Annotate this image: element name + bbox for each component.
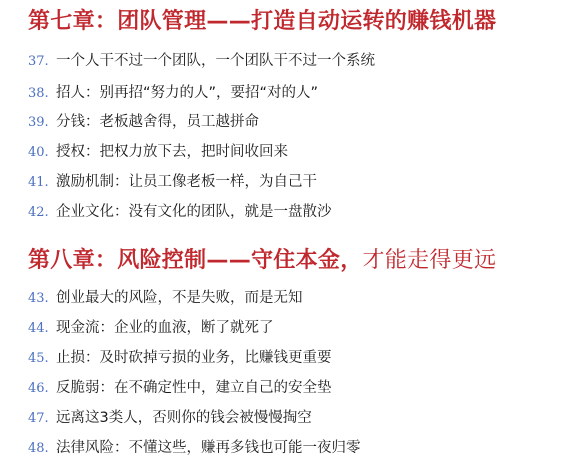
list-item: 37.一个人干不过一个团队，一个团队干不过一个系统 <box>28 50 375 72</box>
item-text: 激励机制：让员工像老板一样，为自己干 <box>56 171 317 193</box>
chapter-title: 第八章：风险控制——守住本金，才能走得更远 <box>28 247 496 275</box>
item-number: 41. <box>28 172 56 194</box>
item-text: 招人：别再招“努力的人”，要招“对的人” <box>56 82 318 104</box>
list-item: 39.分钱：老板越舍得，员工越拼命 <box>28 111 259 133</box>
item-number: 42. <box>28 202 56 224</box>
item-number: 46. <box>28 378 56 400</box>
item-text: 法律风险：不懂这些，赚再多钱也可能一夜归零 <box>56 437 361 459</box>
item-text: 企业文化：没有文化的团队，就是一盘散沙 <box>56 201 332 223</box>
list-item: 47.远离这3类人，否则你的钱会被慢慢掏空 <box>28 407 312 429</box>
item-text: 现金流：企业的血液，断了就死了 <box>56 317 274 339</box>
list-item: 42.企业文化：没有文化的团队，就是一盘散沙 <box>28 201 332 223</box>
item-number: 40. <box>28 142 56 164</box>
chapter-title: 第七章：团队管理——打造自动运转的赚钱机器 <box>28 8 496 36</box>
list-item: 44.现金流：企业的血液，断了就死了 <box>28 317 274 339</box>
item-number: 44. <box>28 318 56 340</box>
item-text: 远离这3类人，否则你的钱会被慢慢掏空 <box>56 407 312 429</box>
list-item: 48.法律风险：不懂这些，赚再多钱也可能一夜归零 <box>28 437 361 459</box>
item-number: 39. <box>28 112 56 134</box>
item-number: 43. <box>28 288 56 310</box>
item-number: 45. <box>28 348 56 370</box>
item-text: 一个人干不过一个团队，一个团队干不过一个系统 <box>56 50 375 72</box>
item-text: 反脆弱：在不确定性中，建立自己的安全垫 <box>56 377 332 399</box>
list-item: 43.创业最大的风险，不是失败，而是无知 <box>28 287 303 309</box>
item-text: 止损：及时砍掉亏损的业务，比赚钱更重要 <box>56 347 332 369</box>
item-number: 47. <box>28 408 56 430</box>
item-text: 授权：把权力放下去，把时间收回来 <box>56 141 288 163</box>
list-item: 40.授权：把权力放下去，把时间收回来 <box>28 141 288 163</box>
list-item: 41.激励机制：让员工像老板一样，为自己干 <box>28 171 317 193</box>
item-text: 分钱：老板越舍得，员工越拼命 <box>56 111 259 133</box>
chapter-title-light: 才能走得更远 <box>363 248 497 273</box>
item-number: 48. <box>28 438 56 460</box>
item-number: 37. <box>28 51 56 73</box>
item-number: 38. <box>28 83 56 105</box>
item-text: 创业最大的风险，不是失败，而是无知 <box>56 287 303 309</box>
list-item: 45.止损：及时砍掉亏损的业务，比赚钱更重要 <box>28 347 332 369</box>
list-item: 46.反脆弱：在不确定性中，建立自己的安全垫 <box>28 377 332 399</box>
list-item: 38.招人：别再招“努力的人”，要招“对的人” <box>28 82 318 104</box>
chapter-title-bold: 第七章：团队管理——打造自动运转的赚钱机器 <box>28 9 496 34</box>
chapter-title-bold: 第八章：风险控制——守住本金， <box>28 248 363 273</box>
